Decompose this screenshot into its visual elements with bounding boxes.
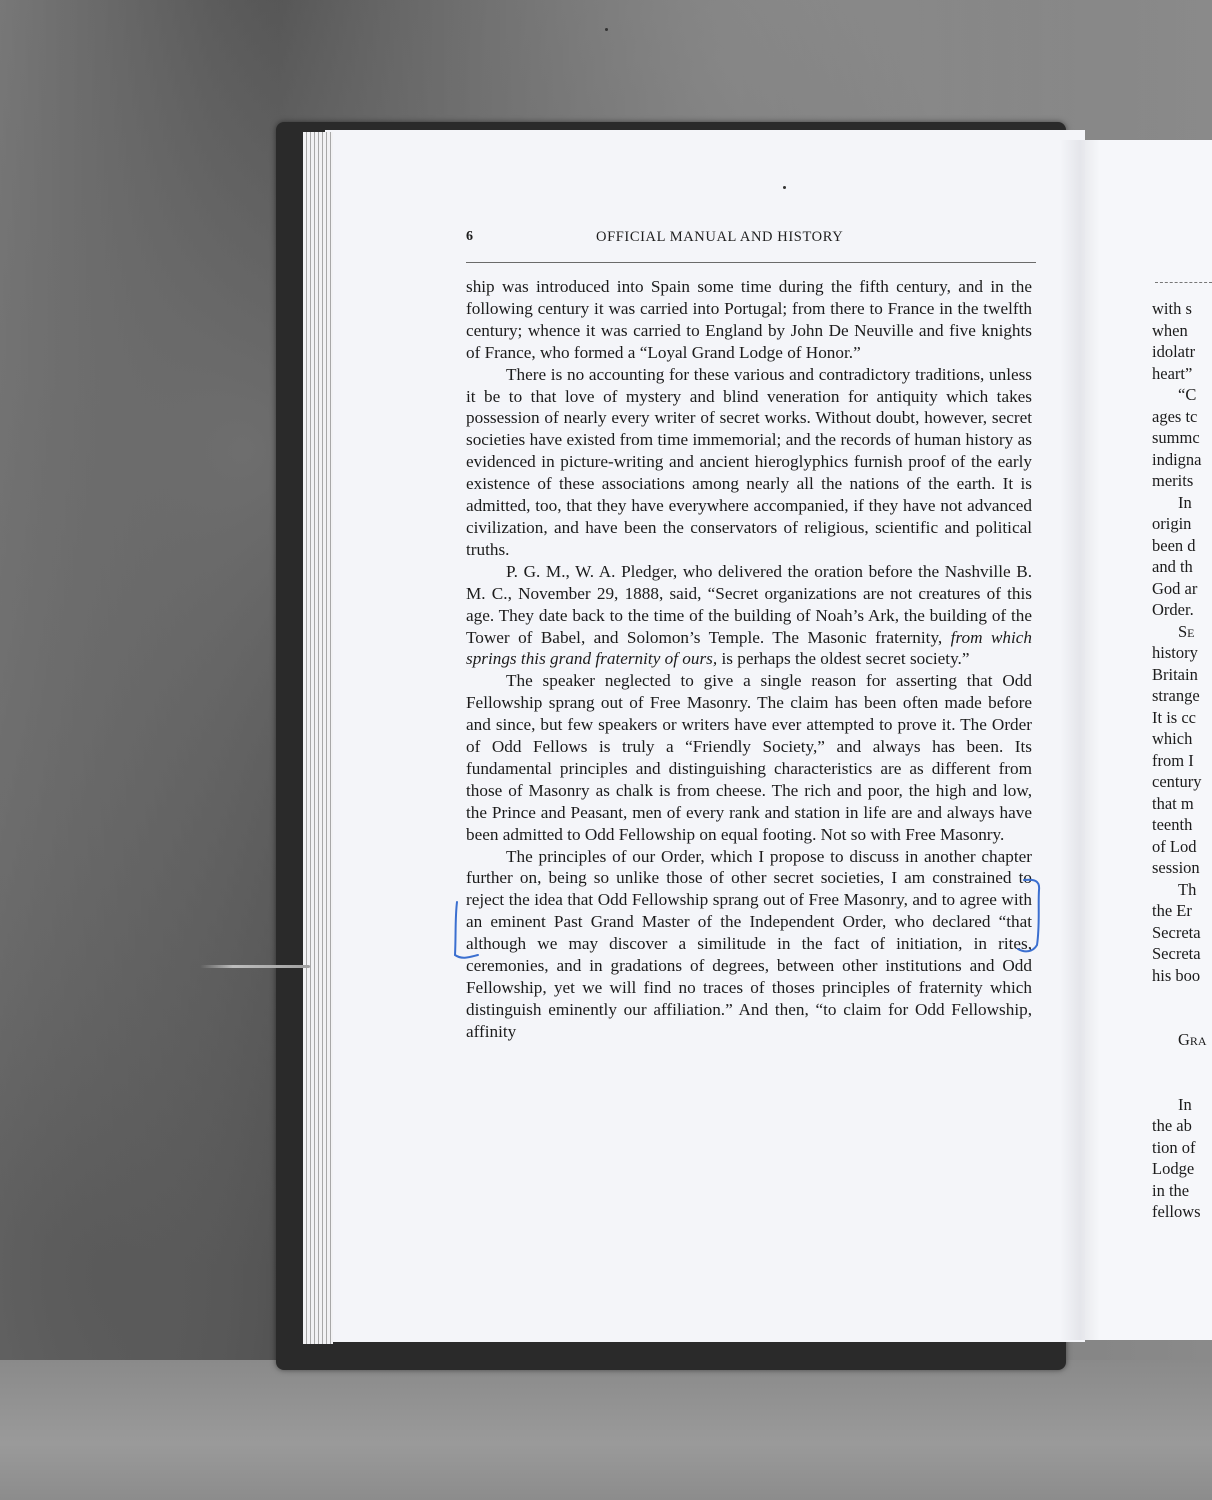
facing-page-line: century xyxy=(1152,771,1212,793)
facing-page-line: Britain xyxy=(1152,664,1212,686)
facing-page-line: origin xyxy=(1152,513,1212,535)
running-title: OFFICIAL MANUAL AND HISTORY xyxy=(596,229,843,246)
facing-page-line: tion of xyxy=(1152,1137,1212,1159)
facing-page-line: which xyxy=(1152,728,1212,750)
facing-page-line: from I xyxy=(1152,750,1212,772)
running-head: 6 OFFICIAL MANUAL AND HISTORY xyxy=(466,229,1036,251)
page-number: 6 xyxy=(466,229,474,245)
facing-page-rule xyxy=(1155,282,1212,283)
book-gutter xyxy=(1060,140,1100,1340)
facing-page-line: and th xyxy=(1152,556,1212,578)
facing-page-line: the ab xyxy=(1152,1115,1212,1137)
facing-page-line: in the xyxy=(1152,1180,1212,1202)
facing-page-line: Secreta xyxy=(1152,943,1212,965)
facing-page-line: strange xyxy=(1152,685,1212,707)
facing-page-line: Gra xyxy=(1152,1029,1212,1051)
facing-page-line: of Lod xyxy=(1152,836,1212,858)
facing-page-line: with s xyxy=(1152,298,1212,320)
facing-page-line: It is cc xyxy=(1152,707,1212,729)
scan-artifact-streak xyxy=(200,965,310,968)
paragraph: The principles of our Order, which I pro… xyxy=(466,846,1032,1043)
facing-page-line: In xyxy=(1152,1094,1212,1116)
facing-page-line: been d xyxy=(1152,535,1212,557)
paragraph: P. G. M., W. A. Pledger, who delivered t… xyxy=(466,561,1032,671)
facing-page-line: God ar xyxy=(1152,578,1212,600)
facing-page-line: Se xyxy=(1152,621,1212,643)
facing-page-line: indigna xyxy=(1152,449,1212,471)
facing-page-line: Order. xyxy=(1152,599,1212,621)
facing-page-line: when xyxy=(1152,320,1212,342)
facing-page-line: fellows xyxy=(1152,1201,1212,1223)
facing-page-line: Th xyxy=(1152,879,1212,901)
facing-page-line: idolatr xyxy=(1152,341,1212,363)
page-edges xyxy=(303,132,333,1344)
facing-page-line: the Er xyxy=(1152,900,1212,922)
facing-page-line xyxy=(1152,1072,1212,1094)
facing-page-line xyxy=(1152,1008,1212,1030)
paragraph: ship was introduced into Spain some time… xyxy=(466,276,1032,364)
facing-page-line: In xyxy=(1152,492,1212,514)
facing-page-line: Lodge xyxy=(1152,1158,1212,1180)
facing-page-line: his boo xyxy=(1152,965,1212,987)
scan-speck xyxy=(605,28,608,31)
paragraph-annotated: The speaker neglected to give a single r… xyxy=(466,670,1032,845)
facing-page-line: Secreta xyxy=(1152,922,1212,944)
facing-page-line: teenth xyxy=(1152,814,1212,836)
facing-page-line: merits xyxy=(1152,470,1212,492)
header-rule xyxy=(466,262,1036,263)
paragraph-text: P. G. M., W. A. Pledger, who delivered t… xyxy=(466,562,1032,647)
facing-page-text: with swhenidolatrheart”“Cages tcsummcind… xyxy=(1152,298,1212,1223)
facing-page-line: history xyxy=(1152,642,1212,664)
paragraph-text: is perhaps the oldest secret society.” xyxy=(717,649,969,668)
facing-page-line: that m xyxy=(1152,793,1212,815)
scanner-background xyxy=(0,1360,1212,1500)
facing-page-line: ages tc xyxy=(1152,406,1212,428)
facing-page-line: session xyxy=(1152,857,1212,879)
facing-page-line xyxy=(1152,1051,1212,1073)
facing-page-line: “C xyxy=(1152,384,1212,406)
scan-speck xyxy=(783,186,786,189)
facing-page-line: heart” xyxy=(1152,363,1212,385)
paragraph: There is no accounting for these various… xyxy=(466,364,1032,561)
facing-page-line: summc xyxy=(1152,427,1212,449)
facing-page-line xyxy=(1152,986,1212,1008)
body-text: ship was introduced into Spain some time… xyxy=(466,276,1032,1043)
